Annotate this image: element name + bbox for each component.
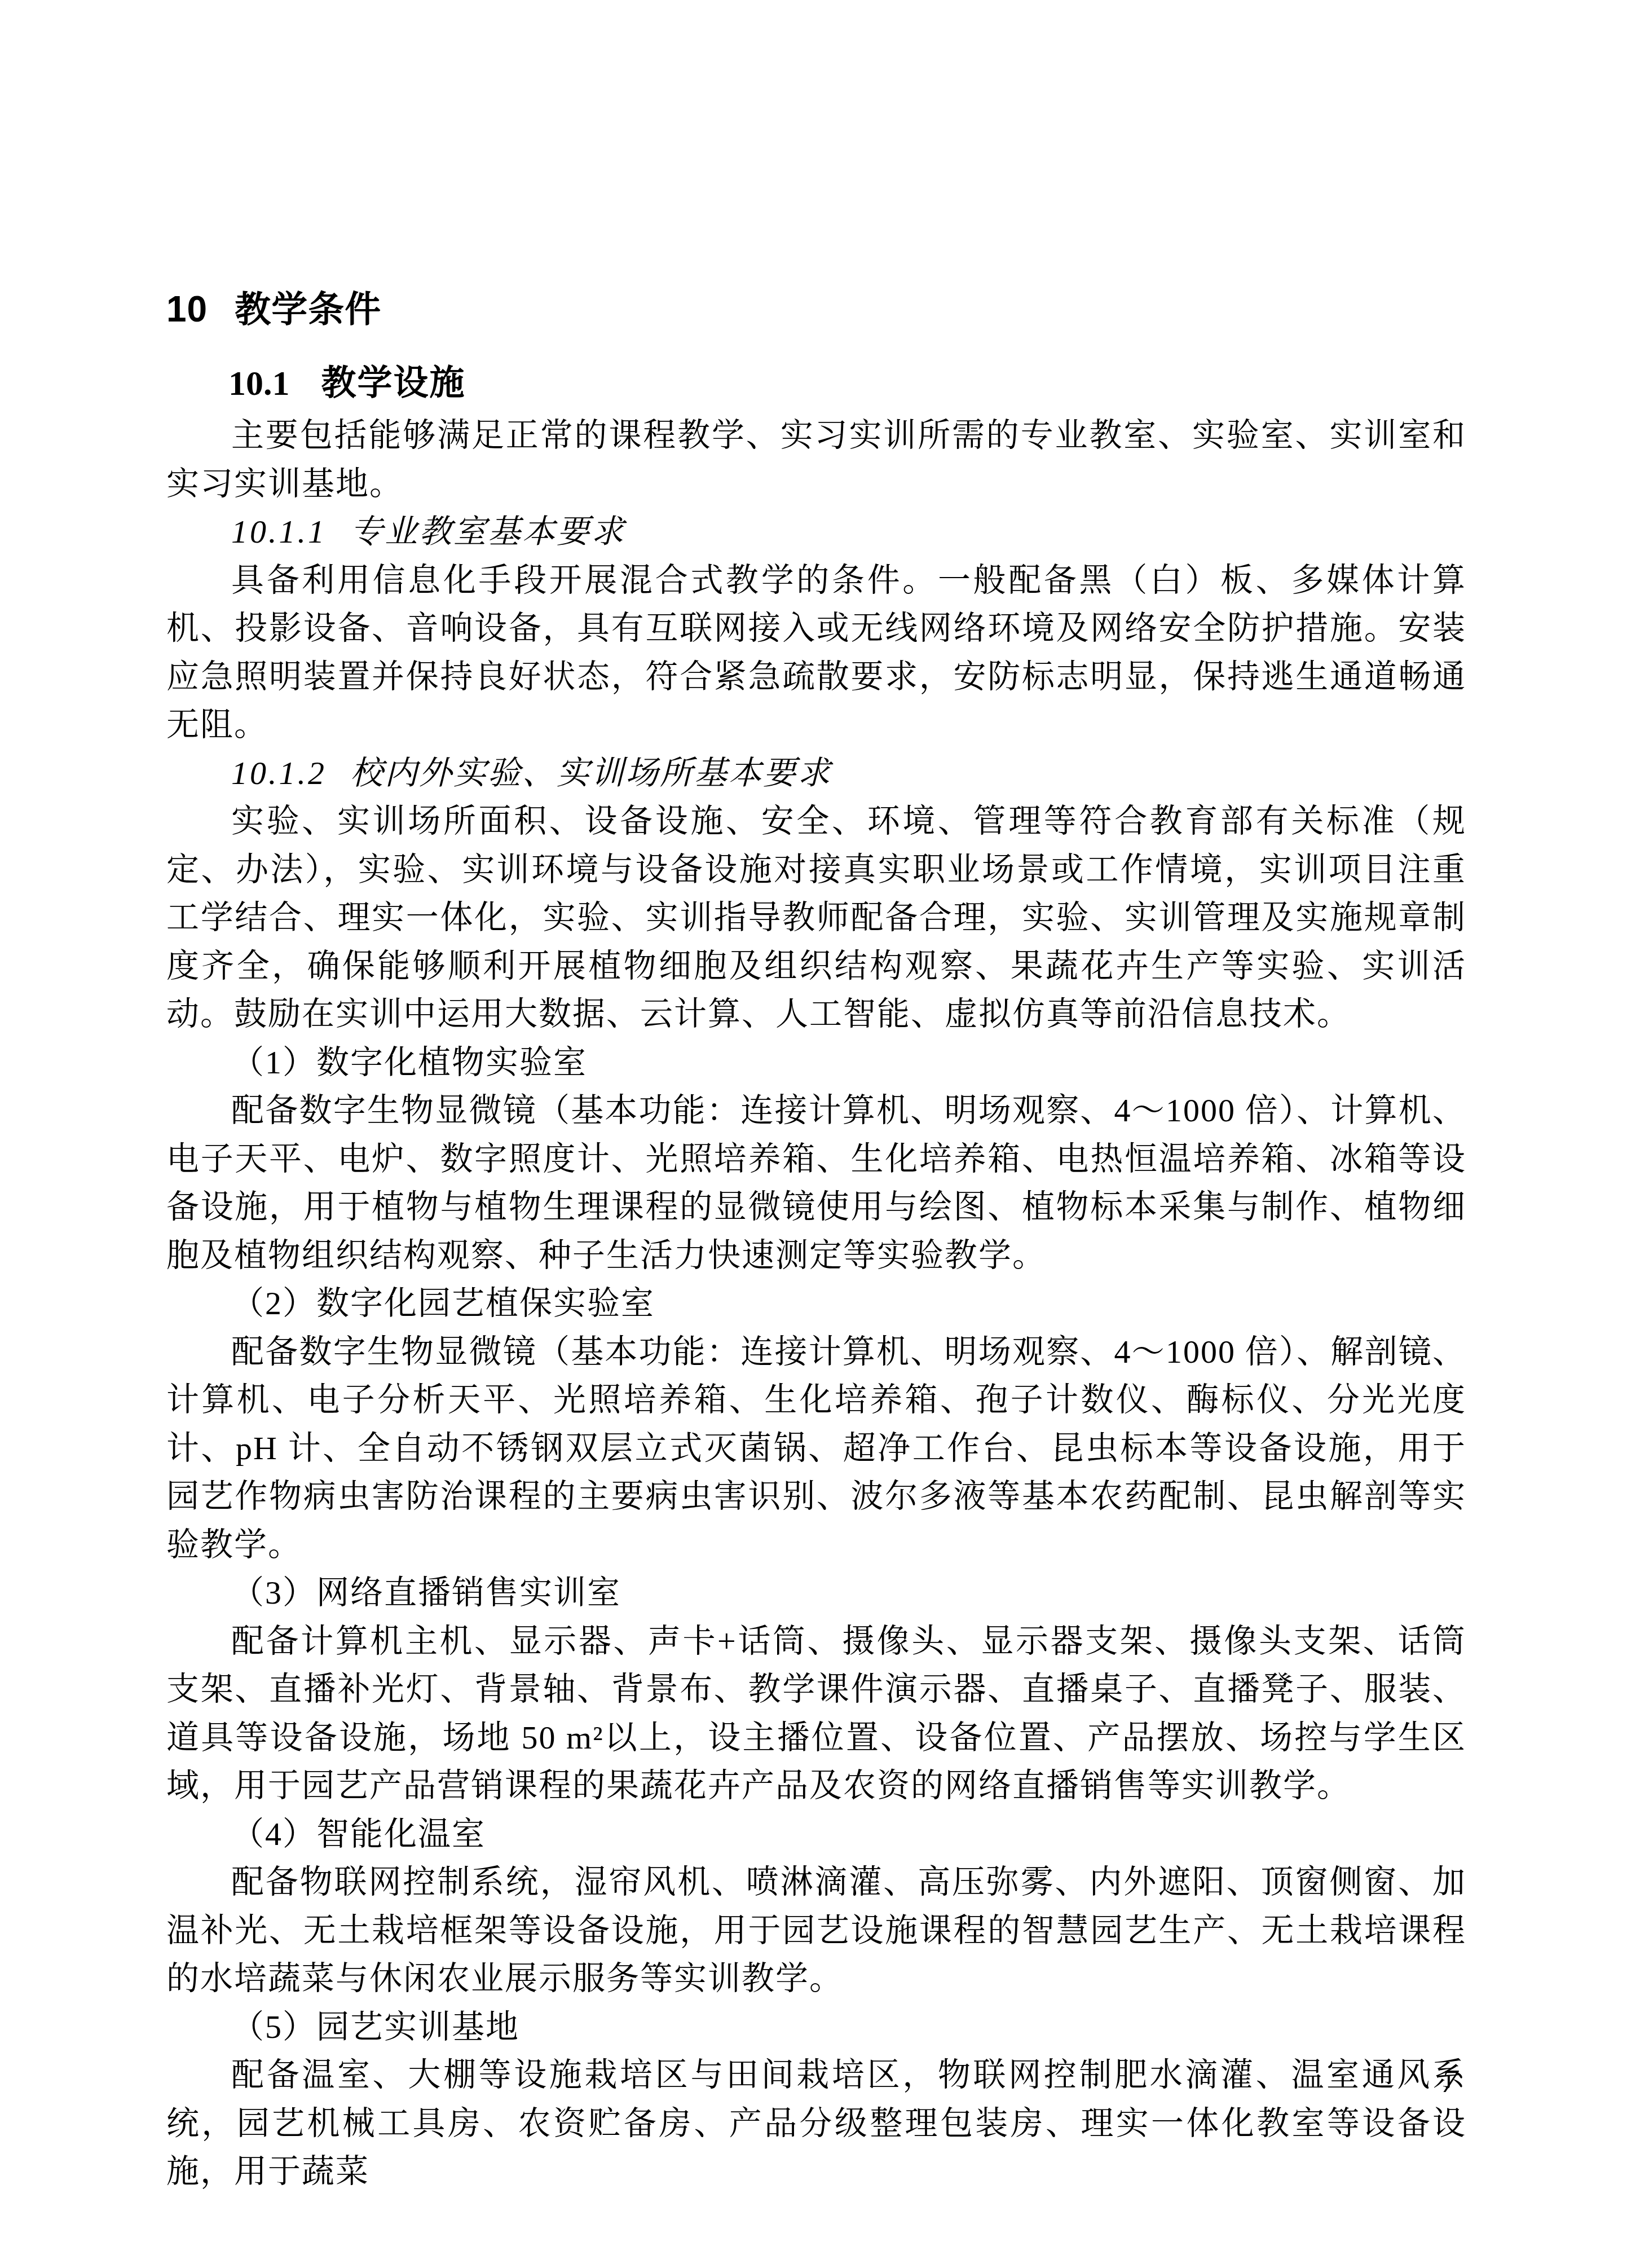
intro-paragraph: 主要包括能够满足正常的课程教学、实习实训所需的专业教室、实验室、实训室和实习实训… <box>166 411 1466 508</box>
item-1-body: 配备数字生物显微镜（基本功能：连接计算机、明场观察、4～1000 倍）、计算机、… <box>166 1086 1466 1279</box>
subsection-2-paragraph: 实验、实训场所面积、设备设施、安全、环境、管理等符合教育部有关标准（规定、办法）… <box>166 797 1466 1038</box>
subsection-1-title: 专业教室基本要求 <box>350 513 625 550</box>
section-title: 教学设施 <box>321 364 466 403</box>
document-body: 主要包括能够满足正常的课程教学、实习实训所需的专业教室、实验室、实训室和实习实训… <box>166 411 1466 2196</box>
item-5-label: （5）园艺实训基地 <box>166 2003 1466 2051</box>
item-2-body: 配备数字生物显微镜（基本功能：连接计算机、明场观察、4～1000 倍）、解剖镜、… <box>166 1328 1466 1569</box>
subsection-2-number: 10.1.2 <box>231 755 327 791</box>
chapter-number: 10 <box>166 289 208 329</box>
item-3-body: 配备计算机主机、显示器、声卡+话筒、摄像头、显示器支架、摄像头支架、话筒支架、直… <box>166 1617 1466 1810</box>
subsection-2-heading: 10.1.2校内外实验、实训场所基本要求 <box>166 749 1466 798</box>
subsection-1-paragraph: 具备利用信息化手段开展混合式教学的条件。一般配备黑（白）板、多媒体计算机、投影设… <box>166 556 1466 749</box>
item-5-body: 配备温室、大棚等设施栽培区与田间栽培区，物联网控制肥水滴灌、温室通风系统，园艺机… <box>166 2051 1466 2196</box>
item-3-label: （3）网络直播销售实训室 <box>166 1569 1466 1617</box>
document-page: 10教学条件 10.1教学设施 主要包括能够满足正常的课程教学、实习实训所需的专… <box>0 0 1627 2268</box>
item-4-label: （4）智能化温室 <box>166 1810 1466 1859</box>
subsection-1-heading: 10.1.1专业教室基本要求 <box>166 508 1466 556</box>
item-4-body: 配备物联网控制系统，湿帘风机、喷淋滴灌、高压弥雾、内外遮阳、顶窗侧窗、加温补光、… <box>166 1858 1466 2003</box>
subsection-2-title: 校内外实验、实训场所基本要求 <box>350 755 832 791</box>
page-number: 7 <box>1441 2064 1458 2098</box>
section-number: 10.1 <box>228 364 290 403</box>
item-1-label: （1）数字化植物实验室 <box>166 1038 1466 1087</box>
subsection-1-number: 10.1.1 <box>231 513 327 550</box>
item-2-label: （2）数字化园艺植保实验室 <box>166 1279 1466 1328</box>
section-heading: 10.1教学设施 <box>166 363 1466 404</box>
chapter-heading: 10教学条件 <box>166 289 1466 329</box>
chapter-title: 教学条件 <box>235 289 381 329</box>
